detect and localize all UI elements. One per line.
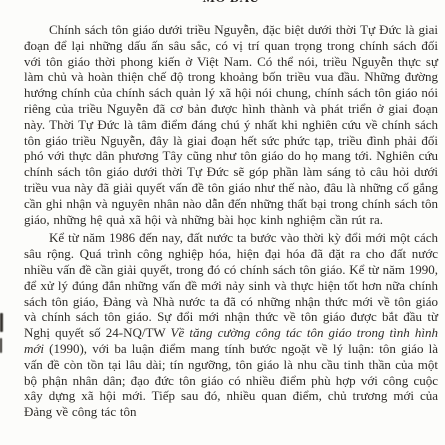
document-page: MỞ ĐẦU Chính sách tôn giáo dưới triều Ng… xyxy=(0,0,445,445)
scan-artifact xyxy=(0,338,2,353)
body-text: Chính sách tôn giáo dưới triều Nguyễn, đ… xyxy=(24,22,438,420)
paragraph-1: Chính sách tôn giáo dưới triều Nguyễn, đ… xyxy=(24,22,438,227)
text-segment: (1990), với ba luận điểm mang tính bước … xyxy=(24,341,438,419)
scan-artifact xyxy=(0,313,3,332)
text-segment: Chính sách tôn giáo dưới triều Nguyễn, đ… xyxy=(24,22,438,227)
text-segment: Kể từ năm 1986 đến nay, đất nước ta bước… xyxy=(24,230,438,340)
paragraph-2: Kể từ năm 1986 đến nay, đất nước ta bước… xyxy=(24,230,438,420)
page-title: MỞ ĐẦU xyxy=(24,0,438,5)
page-content: MỞ ĐẦU Chính sách tôn giáo dưới triều Ng… xyxy=(24,0,438,420)
